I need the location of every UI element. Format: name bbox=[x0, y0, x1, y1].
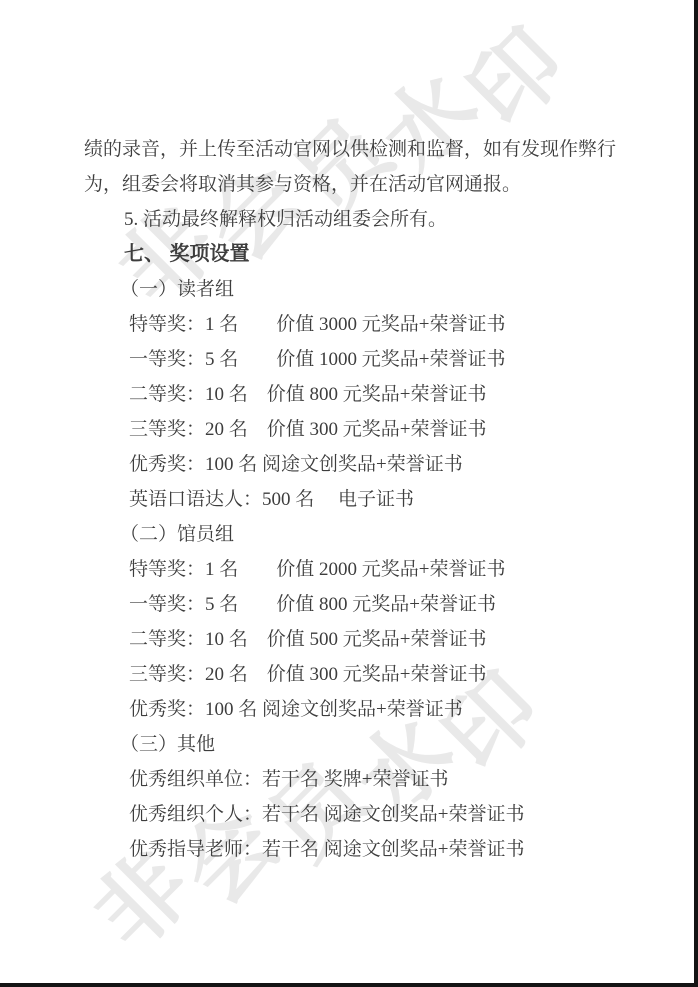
text-line: 绩的录音，并上传至活动官网以供检测和监督，如有发现作弊行 bbox=[84, 132, 624, 167]
text-line: 三等奖：20 名 价值 300 元奖品+荣誉证书 bbox=[84, 657, 624, 692]
text-line: 特等奖：1 名 价值 2000 元奖品+荣誉证书 bbox=[84, 552, 624, 587]
text-line: 二等奖：10 名 价值 800 元奖品+荣誉证书 bbox=[84, 377, 624, 412]
text-line: 一等奖：5 名 价值 1000 元奖品+荣誉证书 bbox=[84, 342, 624, 377]
text-line: 5. 活动最终解释权归活动组委会所有。 bbox=[84, 202, 624, 237]
subsection-heading: （三）其他 bbox=[84, 727, 624, 762]
text-line: 一等奖：5 名 价值 800 元奖品+荣誉证书 bbox=[84, 587, 624, 622]
document-viewport: { "page": { "background": "#ffffff", "te… bbox=[0, 0, 698, 987]
section-heading: 七、 奖项设置 bbox=[84, 237, 624, 272]
text-line: 二等奖：10 名 价值 500 元奖品+荣誉证书 bbox=[84, 622, 624, 657]
text-line: 优秀指导老师：若干名 阅途文创奖品+荣誉证书 bbox=[84, 832, 624, 867]
document-page: 非会员水印 非会员水印 绩的录音，并上传至活动官网以供检测和监督，如有发现作弊行… bbox=[0, 0, 698, 987]
text-line: 优秀组织个人：若干名 阅途文创奖品+荣誉证书 bbox=[84, 797, 624, 832]
text-line: 英语口语达人：500 名 电子证书 bbox=[84, 482, 624, 517]
watermark-glyph: 印 bbox=[454, 15, 581, 142]
document-body: 绩的录音，并上传至活动官网以供检测和监督，如有发现作弊行为，组委会将取消其参与资… bbox=[84, 132, 624, 867]
subsection-heading: （一）读者组 bbox=[84, 272, 624, 307]
text-line: 优秀组织单位：若干名 奖牌+荣誉证书 bbox=[84, 762, 624, 797]
text-line: 优秀奖：100 名 阅途文创奖品+荣誉证书 bbox=[84, 447, 624, 482]
subsection-heading: （二）馆员组 bbox=[84, 517, 624, 552]
text-line: 优秀奖：100 名 阅途文创奖品+荣誉证书 bbox=[84, 692, 624, 727]
text-line: 为，组委会将取消其参与资格，并在活动官网通报。 bbox=[84, 167, 624, 202]
text-line: 三等奖：20 名 价值 300 元奖品+荣誉证书 bbox=[84, 412, 624, 447]
text-line: 特等奖：1 名 价值 3000 元奖品+荣誉证书 bbox=[84, 307, 624, 342]
